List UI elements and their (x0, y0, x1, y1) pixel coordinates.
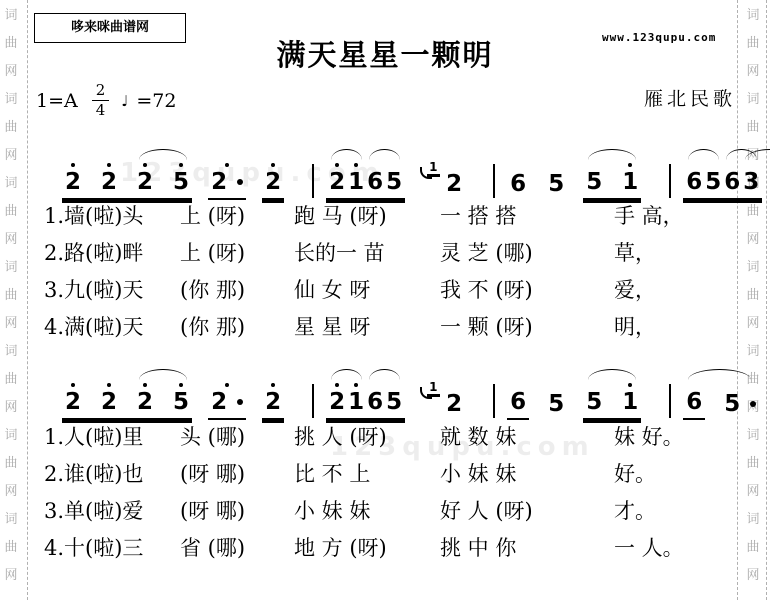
lyric-cell: (你 那) (180, 274, 294, 304)
side-watermark-char: 网 (4, 228, 17, 256)
side-watermark-char: 曲 (4, 368, 17, 396)
note: 6 (510, 173, 526, 196)
note-digit: 2 (211, 171, 227, 194)
note: 2 (211, 391, 243, 414)
lyric-cell: (你 那) (180, 311, 294, 341)
augmentation-dot (750, 401, 756, 407)
slur-arc (139, 369, 186, 380)
lyric-cell: 才。 (614, 495, 750, 525)
side-watermark-char: 曲 (4, 536, 17, 564)
note-digit: 1 (622, 171, 638, 194)
note-digit: 2 (265, 171, 281, 194)
note: 6 (367, 391, 383, 414)
note-digit: 6 (510, 173, 526, 196)
note: 5 (724, 393, 756, 416)
slur-arc (139, 149, 186, 160)
slur-arc (588, 369, 635, 380)
note: 5 (705, 171, 721, 194)
lyric-cell: 好。 (614, 458, 750, 488)
note-group: 2225 (62, 391, 192, 420)
lyric-cell: 一 颗 (呀) (440, 311, 614, 341)
note: 5 (586, 171, 602, 194)
note-digit: 2 (137, 391, 153, 414)
lyric-cell: 小 妹 妹 (294, 495, 440, 525)
note: 2 (137, 171, 153, 194)
octave-dot (335, 383, 339, 387)
note-group: 2 (262, 391, 284, 420)
octave-dot (107, 163, 111, 167)
lyric-cell: 草， (614, 237, 750, 267)
note-digit: 2 (137, 171, 153, 194)
lyric-row: 4.满(啦)天(你 那)星 星 呀一 颗 (呀)明， (44, 307, 750, 344)
meter-denominator: 4 (96, 101, 106, 119)
note: 5 (386, 171, 402, 194)
octave-dot (271, 163, 275, 167)
score-page: 词曲网词曲网词曲网词曲网词曲网词曲网词曲网 词曲网词曲网词曲网词曲网词曲网词曲网… (0, 0, 770, 600)
note: 2 (446, 393, 462, 416)
octave-dot (107, 383, 111, 387)
slur-arc (369, 149, 399, 160)
note-digit: 2 (211, 391, 227, 414)
lyric-cell: 3.单(啦)爱 (44, 495, 180, 525)
grace-tie-icon (420, 387, 432, 399)
source-credit: 雁北民歌 (644, 84, 736, 111)
lyric-cell: 星 星 呀 (294, 311, 440, 341)
note-digit: 2 (65, 391, 81, 414)
lyric-cell: 挑 中 你 (440, 532, 614, 562)
lyric-cell: 1.人(啦)里 (44, 421, 180, 451)
side-watermark-char: 词 (4, 340, 17, 368)
site-url: www.123qupu.com (602, 31, 716, 44)
side-watermark-char: 网 (4, 312, 17, 340)
note: 6 (510, 391, 526, 414)
note-digit: 1 (348, 171, 364, 194)
note-group: 5 (721, 393, 759, 420)
note: 5 (586, 391, 602, 414)
note: 6 (686, 171, 702, 194)
grace-note: 1 (427, 156, 443, 176)
octave-dot (143, 163, 147, 167)
note-digit: 6 (686, 391, 702, 414)
note: 2 (329, 171, 345, 194)
augmentation-dot (237, 179, 243, 185)
side-watermark-char: 网 (4, 480, 17, 508)
note-digit: 5 (548, 393, 564, 416)
lyric-row: 3.九(啦)天(你 那)仙 女 呀我 不 (呀)爱， (44, 270, 750, 307)
note: 5 (173, 171, 189, 194)
octave-dot (354, 163, 358, 167)
note-digit: 5 (386, 391, 402, 414)
lyric-cell: 我 不 (呀) (440, 274, 614, 304)
note-digit: 6 (510, 391, 526, 414)
note-digit: 5 (724, 393, 740, 416)
note-group: 5 (545, 393, 567, 420)
note-digit: 5 (386, 171, 402, 194)
lyric-row: 2.谁(啦)也(呀 哪)比 不 上小 妹 妹好。 (44, 454, 750, 491)
side-watermark-char: 词 (4, 4, 17, 32)
note-group: 6 (683, 391, 705, 420)
note: 2 (65, 391, 81, 414)
note: 2 (101, 391, 117, 414)
note: 2 (137, 391, 153, 414)
note: 2 (101, 171, 117, 194)
barline (493, 164, 495, 198)
right-dashed-border-outer (766, 0, 767, 600)
slur-arc (331, 369, 361, 380)
lyric-cell: 2.路(啦)畔 (44, 237, 180, 267)
lyric-cell: 一 人。 (614, 532, 750, 562)
note-digit: 5 (586, 171, 602, 194)
note: 2 (65, 171, 81, 194)
side-watermark-char: 词 (4, 88, 17, 116)
verse-2: 1.人(啦)里头 (哪)挑 人 (呀)就 数 妹妹 好。2.谁(啦)也(呀 哪)… (44, 417, 750, 565)
note-digit: 1 (348, 391, 364, 414)
side-watermark-char: 网 (746, 564, 759, 592)
note-digit: 6 (686, 171, 702, 194)
slur-arc (331, 149, 361, 160)
note: 2 (211, 171, 243, 194)
note: 3 (743, 171, 759, 194)
meter-numerator: 2 (92, 82, 110, 101)
lyric-cell: 长的一 苗 (294, 237, 440, 267)
lyric-cell: 省 (哪) (180, 532, 294, 562)
note-group: 2165 (326, 391, 405, 420)
lyric-cell: 3.九(啦)天 (44, 274, 180, 304)
octave-dot (271, 383, 275, 387)
left-dashed-border (27, 0, 28, 600)
note-digit: 5 (705, 171, 721, 194)
lyric-row: 1.墙(啦)头上 (呀)跑 马 (呀)一 搭 搭手 高， (44, 196, 750, 233)
note-digit: 6 (367, 391, 383, 414)
lyric-cell: 妹 好。 (614, 421, 750, 451)
octave-dot (143, 383, 147, 387)
lyric-cell: 比 不 上 (294, 458, 440, 488)
note-digit: 6 (724, 171, 740, 194)
lyric-row: 1.人(啦)里头 (哪)挑 人 (呀)就 数 妹妹 好。 (44, 417, 750, 454)
lyric-cell: 爱， (614, 274, 750, 304)
side-watermark-char: 词 (4, 172, 17, 200)
note-digit: 3 (743, 171, 759, 194)
note: 1 (622, 171, 638, 194)
augmentation-dot (237, 399, 243, 405)
slur-arc (688, 369, 751, 380)
note: 6 (686, 391, 702, 414)
lyric-cell: 明， (614, 311, 750, 341)
verse-1: 1.墙(啦)头上 (呀)跑 马 (呀)一 搭 搭手 高，2.路(啦)畔上 (呀)… (44, 196, 750, 344)
barline (669, 384, 671, 418)
side-watermark-char: 曲 (746, 116, 759, 144)
side-watermark-char: 词 (4, 508, 17, 536)
lyric-row: 2.路(啦)畔上 (呀)长的一 苗灵 芝 (哪)草， (44, 233, 750, 270)
octave-dot (354, 383, 358, 387)
lyric-cell: 2.谁(啦)也 (44, 458, 180, 488)
lyric-cell: 上 (呀) (180, 200, 294, 230)
lyric-row: 4.十(啦)三省 (哪)地 方 (呀)挑 中 你一 人。 (44, 528, 750, 565)
octave-dot (335, 163, 339, 167)
lyric-cell: 跑 马 (呀) (294, 200, 440, 230)
octave-dot (71, 383, 75, 387)
note-group: 2 (443, 393, 465, 420)
side-watermark-char: 曲 (4, 116, 17, 144)
octave-dot (225, 163, 229, 167)
barline (312, 164, 314, 198)
side-watermark-char: 词 (4, 424, 17, 452)
note-digit: 2 (101, 171, 117, 194)
octave-dot (225, 383, 229, 387)
note: 1 (348, 171, 364, 194)
note-group: 2 (208, 391, 246, 420)
note: 1 (348, 391, 364, 414)
lyric-cell: 地 方 (呀) (294, 532, 440, 562)
lyric-cell: 上 (呀) (180, 237, 294, 267)
note-group: 6 (507, 391, 529, 420)
side-watermark-char: 网 (4, 564, 17, 592)
note-digit: 1 (622, 391, 638, 414)
quarter-note-icon: ♩ (121, 92, 128, 110)
slur-arc (369, 369, 399, 380)
key-signature: 1=A 2 4 ♩ =72 (36, 82, 176, 120)
note-digit: 2 (446, 173, 462, 196)
note-digit: 5 (173, 391, 189, 414)
music-line-1: 222522216512655165632 (62, 144, 758, 200)
note-digit: 2 (329, 171, 345, 194)
side-watermark-char: 词 (746, 88, 759, 116)
lyric-cell: (呀 哪) (180, 458, 294, 488)
note: 2 (265, 171, 281, 194)
meter-fraction: 2 4 (92, 82, 110, 120)
note: 2 (329, 391, 345, 414)
lyric-cell: 4.十(啦)三 (44, 532, 180, 562)
lyric-cell: 就 数 妹 (440, 421, 614, 451)
octave-dot (179, 163, 183, 167)
left-watermark-column: 词曲网词曲网词曲网词曲网词曲网词曲网词曲网 (2, 4, 20, 592)
barline (493, 384, 495, 418)
side-watermark-char: 词 (746, 4, 759, 32)
grace-tie-icon (420, 167, 432, 179)
note: 6 (724, 171, 740, 194)
octave-dot (71, 163, 75, 167)
key-label: 1=A (36, 90, 78, 112)
lyric-cell: 一 搭 搭 (440, 200, 614, 230)
note: 5 (548, 173, 564, 196)
note-digit: 5 (586, 391, 602, 414)
lyric-row: 3.单(啦)爱(呀 哪)小 妹 妹好 人 (呀)才。 (44, 491, 750, 528)
note-digit: 2 (265, 391, 281, 414)
note: 1 (622, 391, 638, 414)
lyric-cell: 头 (哪) (180, 421, 294, 451)
barline (669, 164, 671, 198)
note-digit: 5 (548, 173, 564, 196)
note: 5 (386, 391, 402, 414)
note: 2 (446, 173, 462, 196)
side-watermark-char: 曲 (4, 200, 17, 228)
note-digit: 6 (367, 171, 383, 194)
note: 5 (173, 391, 189, 414)
side-watermark-char: 曲 (4, 284, 17, 312)
note: 2 (265, 391, 281, 414)
lyric-cell: 灵 芝 (哪) (440, 237, 614, 267)
lyric-cell: 挑 人 (呀) (294, 421, 440, 451)
note-digit: 2 (101, 391, 117, 414)
note-digit: 5 (173, 171, 189, 194)
octave-dot (628, 163, 632, 167)
lyric-cell: 手 高， (614, 200, 750, 230)
side-watermark-char: 网 (4, 396, 17, 424)
note-digit: 2 (65, 171, 81, 194)
side-watermark-char: 词 (4, 256, 17, 284)
note-digit: 2 (329, 391, 345, 414)
music-line-2: 222522216512655165 (62, 364, 758, 420)
slur-arc (688, 149, 718, 160)
tempo-value: =72 (136, 90, 176, 112)
lyric-cell: 小 妹 妹 (440, 458, 614, 488)
note: 6 (367, 171, 383, 194)
lyric-cell: 4.满(啦)天 (44, 311, 180, 341)
side-watermark-char: 网 (4, 144, 17, 172)
note: 5 (548, 393, 564, 416)
barline (312, 384, 314, 418)
octave-dot (628, 383, 632, 387)
lyric-cell: 1.墙(啦)头 (44, 200, 180, 230)
side-watermark-char: 曲 (4, 452, 17, 480)
slur-arc (588, 149, 635, 160)
lyric-cell: (呀 哪) (180, 495, 294, 525)
lyric-cell: 好 人 (呀) (440, 495, 614, 525)
lyric-cell: 仙 女 呀 (294, 274, 440, 304)
grace-note: 1 (427, 376, 443, 396)
note-digit: 2 (446, 393, 462, 416)
octave-dot (179, 383, 183, 387)
note-group: 51 (583, 391, 641, 420)
